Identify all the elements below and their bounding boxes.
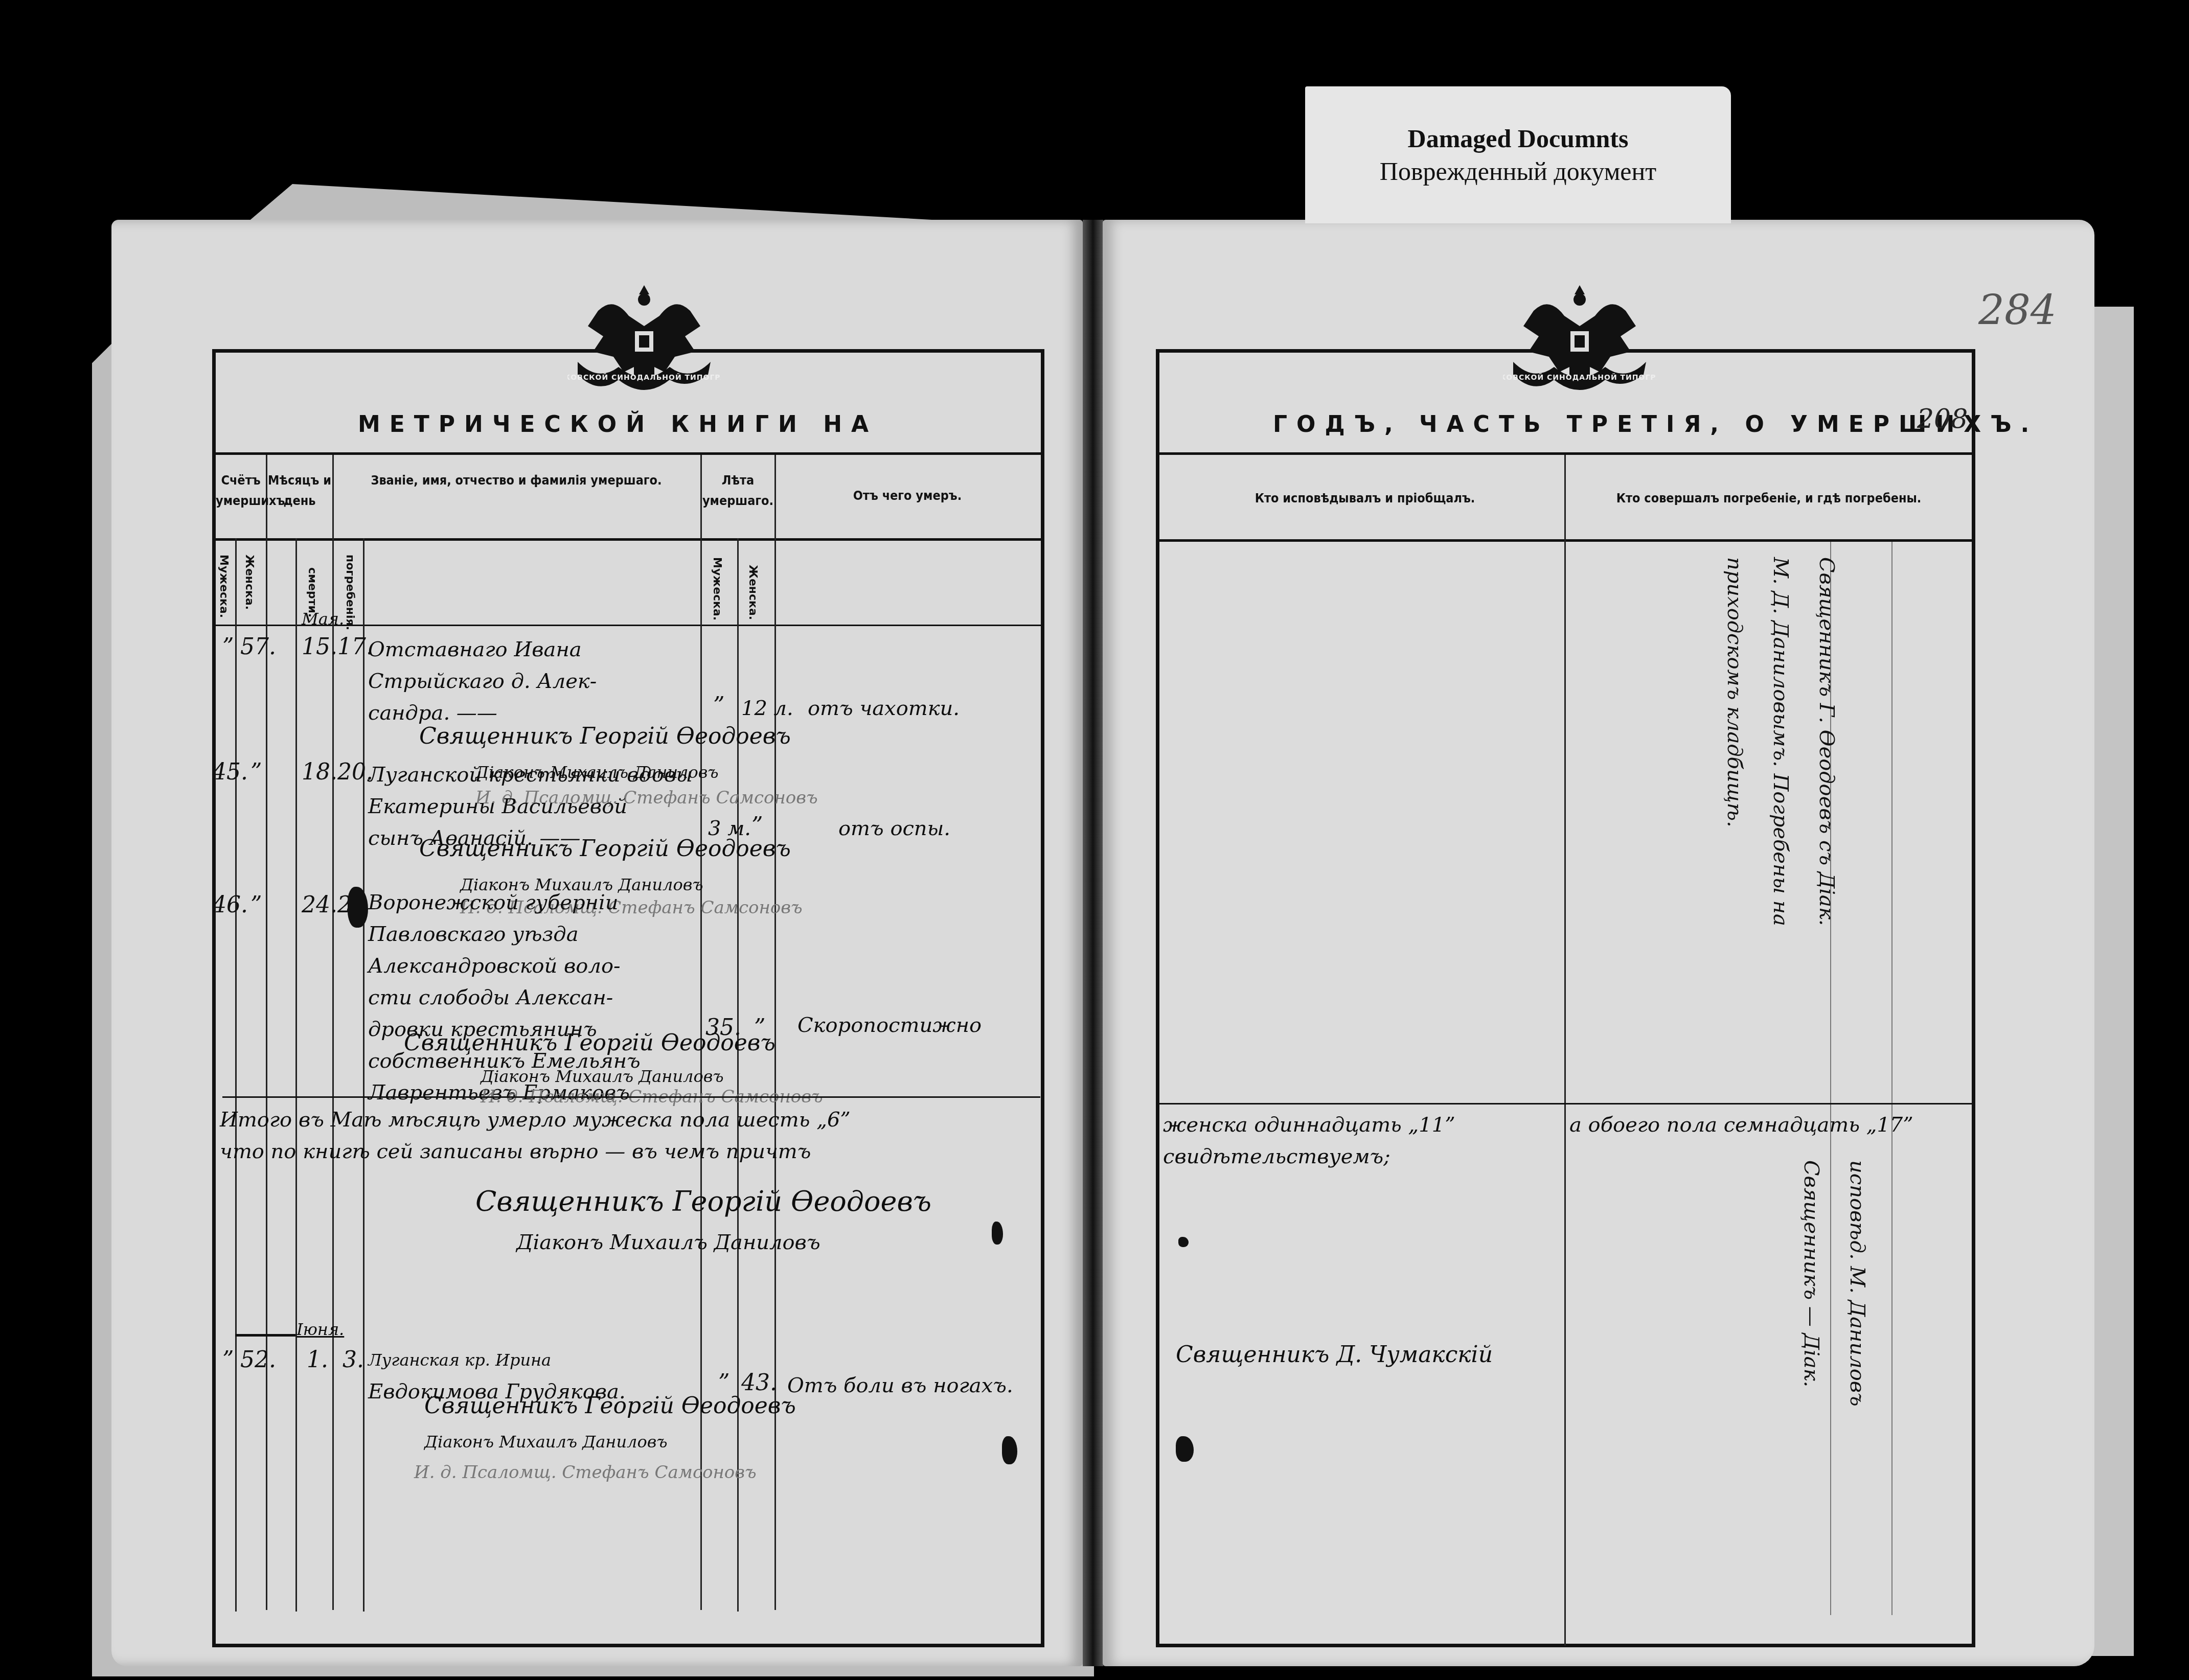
col-header-confessed: Кто исповѣдывалъ и пріобщалъ. <box>1176 488 1554 509</box>
summary-rule <box>222 1096 1040 1098</box>
entry-age-male: ” <box>713 693 725 719</box>
entry-female-count: 52. <box>240 1347 276 1373</box>
subheader-male: Мужеска. <box>217 555 230 618</box>
entry-male-count: ” <box>222 634 234 660</box>
month-summary: Итого въ Маѣ мѣсяцѣ умерло мужеска пола … <box>220 1104 851 1167</box>
entry-female-count: ” <box>250 759 262 785</box>
ink-blot <box>1176 1436 1194 1462</box>
left-page-title: МЕТРИЧЕСКОЙ КНИГИ НА <box>358 411 878 438</box>
summary-rule <box>1159 1103 1972 1104</box>
entry-cause: отъ чахотки. <box>808 693 960 724</box>
header-bottom-rule <box>216 538 1041 541</box>
signature-priest: Священникъ Георгій Өеодоевъ <box>424 1390 796 1422</box>
subheader-burial: погребенія. <box>344 555 356 630</box>
header-top-rule <box>216 452 1041 455</box>
entry-age-female: 12 л. <box>741 693 793 724</box>
entry-cause: Скоропостижно <box>797 1009 982 1041</box>
svg-text:МОСКОВСКОЙ СИНОДАЛЬНОЙ ТИПОГРА: МОСКОВСКОЙ СИНОДАЛЬНОЙ ТИПОГРАФІИ <box>567 373 721 382</box>
entry-male-count: ” <box>222 1347 234 1373</box>
col-header-month-day: Мѣсяцъ и день <box>267 470 332 511</box>
signature-confessor: Священникъ Д. Чумакскій <box>1176 1339 1493 1371</box>
subheader-female: Женска. <box>243 555 256 610</box>
col-divider <box>363 538 364 1612</box>
entry-female-count: 57. <box>240 634 276 660</box>
summary-signature-deacon: Діаконъ Михаилъ Даниловъ <box>516 1227 820 1258</box>
col-header-cause: Отъ чего умеръ. <box>777 486 1038 506</box>
col-header-buried: Кто совершалъ погребеніе, и гдѣ погребен… <box>1575 488 1963 509</box>
burial-note-line-3: приходскомъ кладбищѣ. <box>1723 557 1746 827</box>
entry-death-day: 1. <box>307 1347 328 1373</box>
col-divider <box>737 538 739 1612</box>
lower-vertical-line-2: Священникъ — Діак. <box>1799 1160 1823 1387</box>
entry-death-day: 18. <box>302 759 337 785</box>
col-divider <box>1564 455 1566 1646</box>
month-rule <box>235 1334 295 1337</box>
summary-signature-priest: Священникъ Георгій Өеодоевъ <box>475 1186 931 1217</box>
entry-burial-day: 3. <box>343 1347 364 1373</box>
subheader-age-male: Мужеска. <box>711 557 723 620</box>
entry-death-day: 24. <box>302 892 337 918</box>
signature-priest: Священникъ Георгій Өеодоевъ <box>404 1027 776 1059</box>
col-header-name: Званіе, имя, отчество и фамилія умершаго… <box>337 470 695 491</box>
label-russian: Поврежденный документ <box>1380 155 1656 188</box>
svg-text:МОСКОВСКОЙ СИНОДАЛЬНОЙ ТИПОГРА: МОСКОВСКОЙ СИНОДАЛЬНОЙ ТИПОГРАФІИ <box>1503 373 1656 382</box>
entry-cause: отъ оспы. <box>838 813 950 844</box>
col-header-count: Счётъ умершихъ. <box>216 470 266 511</box>
subheader-age-female: Женска. <box>746 565 759 620</box>
double-headed-eagle-icon: МОСКОВСКОЙ СИНОДАЛЬНОЙ ТИПОГРАФІИ <box>567 280 721 403</box>
signature-deacon: Діаконъ Михаилъ Даниловъ <box>424 1426 668 1458</box>
entry-name: Отставнаго Ивана Стрыйскаго д. Алек- сан… <box>368 634 597 729</box>
lower-vertical-line-1: исповѣд. М. Даниловъ <box>1845 1160 1869 1407</box>
book-gutter <box>1083 220 1103 1666</box>
col-divider-faint <box>1891 542 1892 1615</box>
entry-cause: Отъ боли въ ногахъ. <box>787 1370 1013 1401</box>
burial-note-line-1: Священникъ Г. Өеодоевъ съ Діак. <box>1815 557 1838 926</box>
imperial-eagle-emblem-left: МОСКОВСКОЙ СИНОДАЛЬНОЙ ТИПОГРАФІИ <box>567 280 721 405</box>
signature-priest: Священникъ Георгій Өеодоевъ <box>419 833 791 865</box>
burial-note-line-2: М. Д. Даниловымъ. Погребены на <box>1769 557 1792 926</box>
entry-death-day: 15. <box>302 634 337 660</box>
double-headed-eagle-icon: МОСКОВСКОЙ СИНОДАЛЬНОЙ ТИПОГРАФІИ <box>1503 280 1656 403</box>
summary-buried: а обоего пола семнадцать „17” <box>1569 1109 1913 1141</box>
folio-number: 208 <box>1917 404 1968 434</box>
entry-male-count: 46. <box>212 892 248 918</box>
entry-female-count: ” <box>250 892 262 918</box>
month-may: Мая. <box>302 603 344 635</box>
header-top-rule <box>1159 452 1972 455</box>
summary-confessed: женска одиннадцать „11” свидѣтельствуемъ… <box>1163 1109 1455 1172</box>
col-divider <box>235 538 237 1612</box>
ink-blot <box>992 1222 1003 1245</box>
signature-priest: Священникъ Георгій Өеодоевъ <box>419 721 791 752</box>
col-divider <box>295 538 297 1612</box>
imperial-eagle-emblem-right: МОСКОВСКОЙ СИНОДАЛЬНОЙ ТИПОГРАФІИ <box>1503 280 1656 405</box>
col-header-age: Лѣта умершаго. <box>701 470 774 511</box>
month-june: Iюня. <box>297 1314 344 1345</box>
label-english: Damaged Documnts <box>1408 122 1629 155</box>
damaged-document-label: Damaged Documnts Поврежденный документ <box>1305 86 1731 223</box>
ink-blot <box>1178 1237 1189 1247</box>
col-divider <box>266 455 267 1610</box>
entry-male-count: 45. <box>212 759 248 785</box>
pencil-page-number: 284 <box>1978 286 2057 334</box>
signature-psalmist: И. д. Псаломщ. Стефанъ Самсоновъ <box>414 1457 757 1488</box>
header-bottom-rule <box>1159 539 1972 542</box>
